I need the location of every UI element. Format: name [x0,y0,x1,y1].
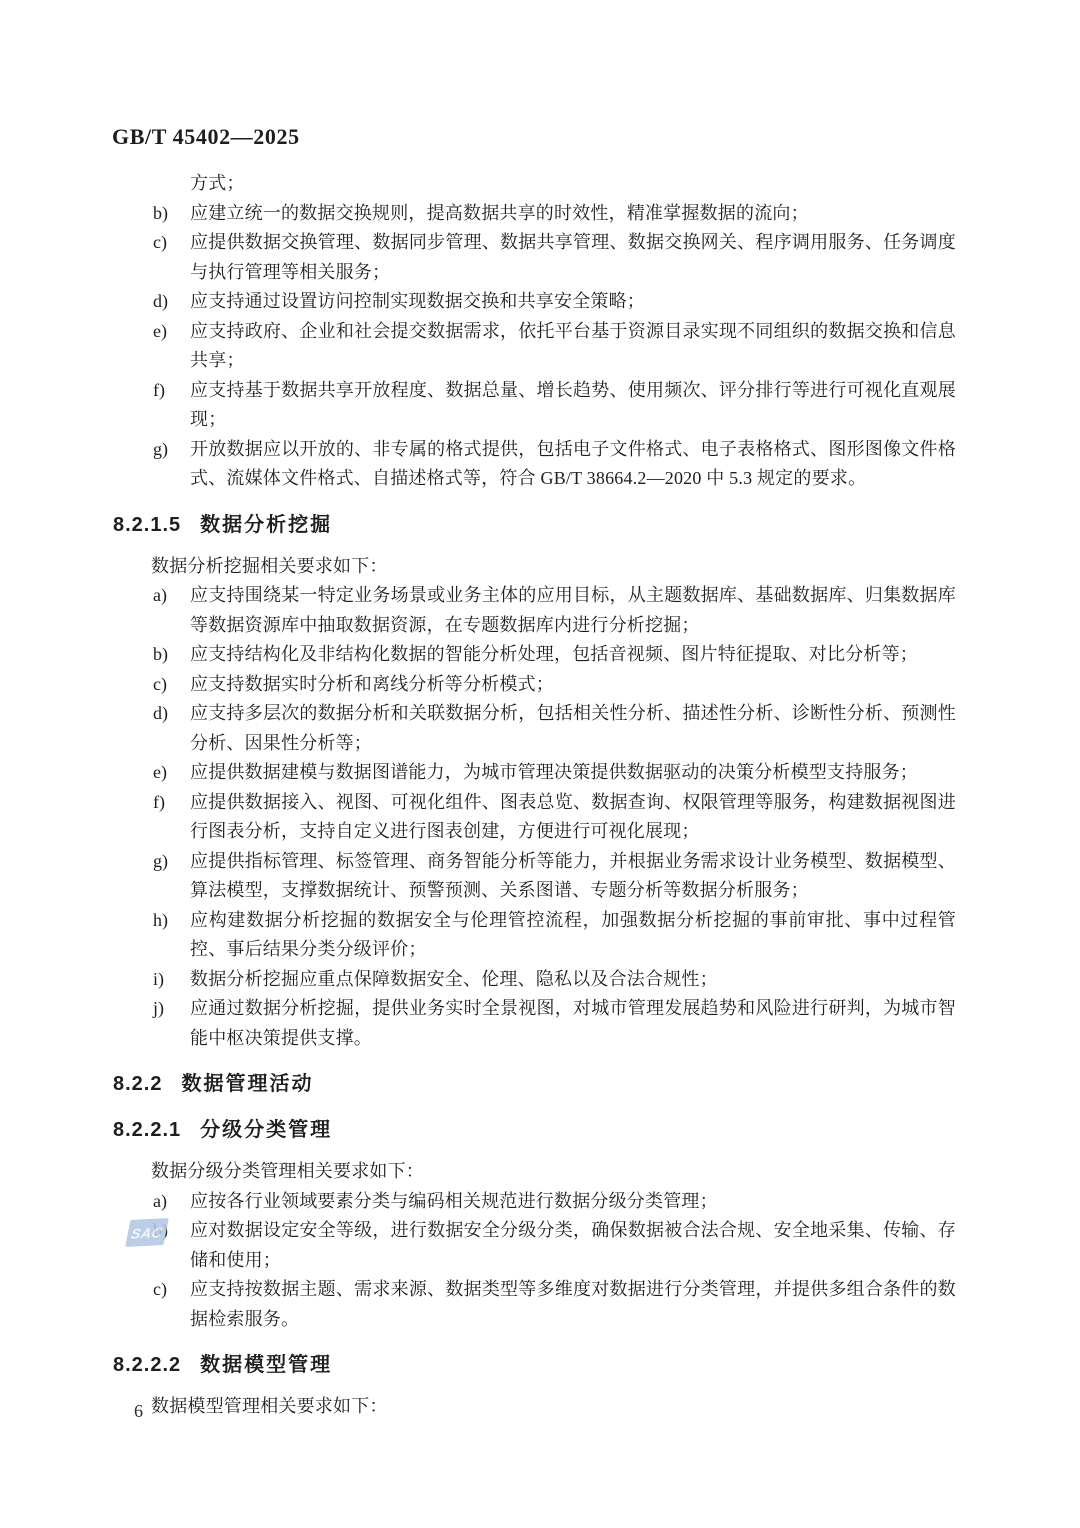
list-item-label: c) [153,1275,190,1334]
list-item-label: g) [153,847,190,906]
list-item: g)应提供指标管理、标签管理、商务智能分析等能力，并根据业务需求设计业务模型、数… [113,847,956,906]
list-item-label: g) [153,435,190,494]
continuation-line: 方式； [113,169,956,199]
list-item-text: 应提供数据建模与数据图谱能力，为城市管理决策提供数据驱动的决策分析模型支持服务； [190,758,956,788]
list-item: f)应提供数据接入、视图、可视化组件、图表总览、数据查询、权限管理等服务，构建数… [113,788,956,847]
list-item-text: 应支持结构化及非结构化数据的智能分析处理，包括音视频、图片特征提取、对比分析等； [190,640,956,670]
list-item-label: e) [153,317,190,376]
list-item-label: b) [153,640,190,670]
list-item-label: j) [153,994,190,1053]
list-item-text: 应支持通过设置访问控制实现数据交换和共享安全策略； [190,287,956,317]
list-item: b)应建立统一的数据交换规则，提高数据共享的时效性，精准掌握数据的流向； [113,199,956,229]
list-item-text: 应通过数据分析挖掘，提供业务实时全景视图，对城市管理发展趋势和风险进行研判，为城… [190,994,956,1053]
list-item: d)应支持多层次的数据分析和关联数据分析，包括相关性分析、描述性分析、诊断性分析… [113,699,956,758]
list-item-text: 数据分析挖掘应重点保障数据安全、伦理、隐私以及合法合规性； [190,965,956,995]
section-number: 8.2.2.1 [113,1119,181,1141]
list-item-label: d) [153,287,190,317]
list-item: j)应通过数据分析挖掘，提供业务实时全景视图，对城市管理发展趋势和风险进行研判，… [113,994,956,1053]
sac-watermark: SAC [125,1218,169,1247]
list-item-text: 应构建数据分析挖掘的数据安全与伦理管控流程，加强数据分析挖掘的事前审批、事中过程… [190,906,956,965]
list-item-text: 应支持围绕某一特定业务场景或业务主体的应用目标，从主题数据库、基础数据库、归集数… [190,581,956,640]
list-item: e)应提供数据建模与数据图谱能力，为城市管理决策提供数据驱动的决策分析模型支持服… [113,758,956,788]
list-item: h)应构建数据分析挖掘的数据安全与伦理管控流程，加强数据分析挖掘的事前审批、事中… [113,906,956,965]
list-item-label: i) [153,965,190,995]
list-item: c)应支持数据实时分析和离线分析等分析模式； [113,670,956,700]
list-item-text: 开放数据应以开放的、非专属的格式提供，包括电子文件格式、电子表格格式、图形图像文… [190,435,956,494]
list-item: b)应对数据设定安全等级，进行数据安全分级分类，确保数据被合法合规、安全地采集、… [113,1216,956,1275]
list-item-label: c) [153,670,190,700]
list-item: f)应支持基于数据共享开放程度、数据总量、增长趋势、使用频次、评分排行等进行可视… [113,376,956,435]
list-item-label: f) [153,376,190,435]
section-title: 数据分析挖掘 [200,514,332,536]
section-number: 8.2.2 [113,1073,162,1095]
section-title: 数据模型管理 [200,1354,332,1376]
section-title: 数据管理活动 [181,1073,313,1095]
list-item-label: h) [153,906,190,965]
section-heading: 8.2.2.2数据模型管理 [113,1350,956,1380]
list-item: c)应提供数据交换管理、数据同步管理、数据共享管理、数据交换网关、程序调用服务、… [113,228,956,287]
list-item: a)应支持围绕某一特定业务场景或业务主体的应用目标，从主题数据库、基础数据库、归… [113,581,956,640]
doc-number-header: GB/T 45402—2025 [112,124,300,150]
list-item: c)应支持按数据主题、需求来源、数据类型等多维度对数据进行分类管理，并提供多组合… [113,1275,956,1334]
list-item-text: 应提供指标管理、标签管理、商务智能分析等能力，并根据业务需求设计业务模型、数据模… [190,847,956,906]
list-item-label: d) [153,699,190,758]
section-heading: 8.2.2数据管理活动 [113,1069,956,1099]
section-heading: 8.2.1.5数据分析挖掘 [113,510,956,540]
list-item-text: 应对数据设定安全等级，进行数据安全分级分类，确保数据被合法合规、安全地采集、传输… [190,1216,956,1275]
section-heading: 8.2.2.1分级分类管理 [113,1115,956,1145]
sac-watermark-text: SAC [130,1224,165,1242]
section-number: 8.2.1.5 [113,514,181,536]
list-item-text: 应提供数据接入、视图、可视化组件、图表总览、数据查询、权限管理等服务，构建数据视… [190,788,956,847]
list-item: d)应支持通过设置访问控制实现数据交换和共享安全策略； [113,287,956,317]
list-item: a)应按各行业领域要素分类与编码相关规范进行数据分级分类管理； [113,1187,956,1217]
list-item-text: 应支持数据实时分析和离线分析等分析模式； [190,670,956,700]
list-item-text: 应支持多层次的数据分析和关联数据分析，包括相关性分析、描述性分析、诊断性分析、预… [190,699,956,758]
list-item-label: a) [153,1187,190,1217]
list-item-label: a) [153,581,190,640]
list-item: g)开放数据应以开放的、非专属的格式提供，包括电子文件格式、电子表格格式、图形图… [113,435,956,494]
section-title: 分级分类管理 [200,1119,332,1141]
list-item-text: 应建立统一的数据交换规则，提高数据共享的时效性，精准掌握数据的流向； [190,199,956,229]
list-item-text: 应支持按数据主题、需求来源、数据类型等多维度对数据进行分类管理，并提供多组合条件… [190,1275,956,1334]
document-page: GB/T 45402—2025 方式；b)应建立统一的数据交换规则，提高数据共享… [0,0,1080,1528]
document-content: 方式；b)应建立统一的数据交换规则，提高数据共享的时效性，精准掌握数据的流向；c… [113,169,956,1422]
section-number: 8.2.2.2 [113,1354,181,1376]
paragraph: 数据分析挖掘相关要求如下： [113,552,956,582]
list-item-text: 应支持基于数据共享开放程度、数据总量、增长趋势、使用频次、评分排行等进行可视化直… [190,376,956,435]
list-item-label: f) [153,788,190,847]
page-number: 6 [134,1401,143,1422]
list-item-text: 应提供数据交换管理、数据同步管理、数据共享管理、数据交换网关、程序调用服务、任务… [190,228,956,287]
list-item-text: 应按各行业领域要素分类与编码相关规范进行数据分级分类管理； [190,1187,956,1217]
list-item-label: c) [153,228,190,287]
list-item: i)数据分析挖掘应重点保障数据安全、伦理、隐私以及合法合规性； [113,965,956,995]
list-item: e)应支持政府、企业和社会提交数据需求，依托平台基于资源目录实现不同组织的数据交… [113,317,956,376]
paragraph: 数据模型管理相关要求如下： [113,1392,956,1422]
list-item-label: b) [153,199,190,229]
list-item: b)应支持结构化及非结构化数据的智能分析处理，包括音视频、图片特征提取、对比分析… [113,640,956,670]
paragraph: 数据分级分类管理相关要求如下： [113,1157,956,1187]
list-item-label: e) [153,758,190,788]
list-item-text: 应支持政府、企业和社会提交数据需求，依托平台基于资源目录实现不同组织的数据交换和… [190,317,956,376]
